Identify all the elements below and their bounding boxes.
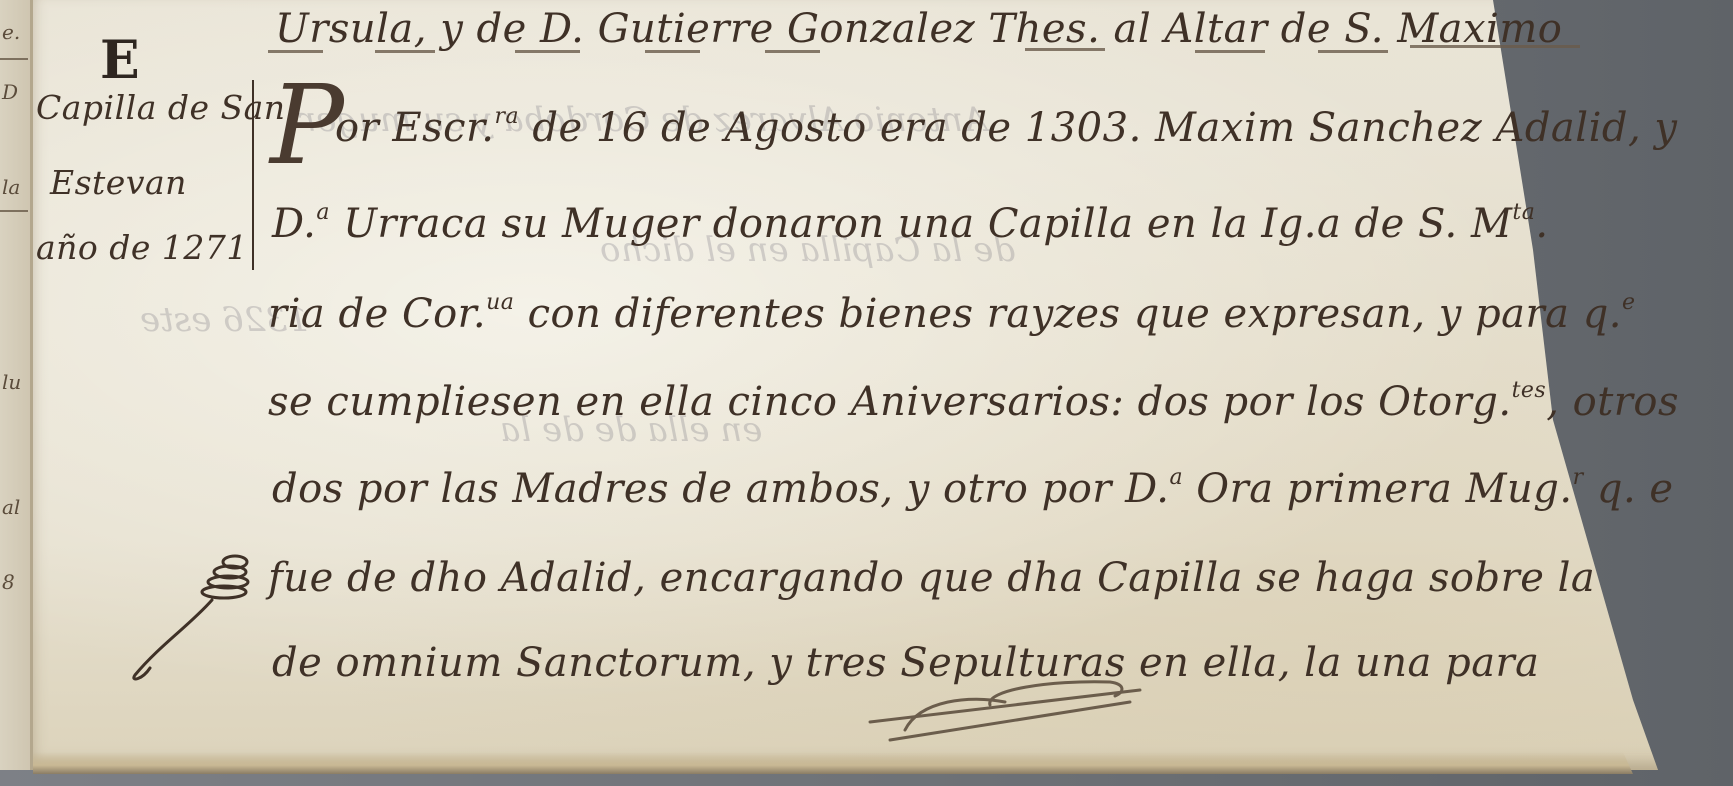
superscript-abbrev: a: [316, 200, 330, 225]
line-text: Ora primera Mug.: [1183, 466, 1573, 512]
line-text: se cumpliesen en ella cinco Aniversarios…: [268, 379, 1512, 425]
superscript-abbrev: ua: [486, 290, 514, 315]
underline-segment: [1025, 48, 1105, 51]
margin-note-line: Estevan: [50, 163, 187, 202]
closing-flourish-icon: [860, 670, 1160, 750]
body-line-3: ria de Cor.ua con diferentes bienes rayz…: [268, 290, 1636, 337]
prev-page-fragment: la: [2, 175, 20, 199]
line-text: q. e: [1584, 466, 1674, 512]
margin-note-line: Capilla de San: [36, 88, 286, 127]
prev-page-fragment: al: [2, 495, 20, 519]
superscript-abbrev: ra: [495, 104, 520, 129]
prev-page-fragment: e.: [2, 20, 20, 44]
underline-segment: [1195, 50, 1265, 53]
underline-segment: [645, 50, 700, 53]
body-line-6: fue de dho Adalid, encargando que dha Ca…: [268, 555, 1595, 601]
underline-segment: [515, 50, 580, 53]
prev-page-fragment: lu: [2, 370, 21, 394]
margin-note-line: año de 1271: [36, 228, 248, 267]
underline-segment: [765, 50, 820, 53]
margin-divider: [252, 80, 254, 270]
line-text: , otros: [1546, 379, 1679, 425]
body-line-2: D.a Urraca su Muger donaron una Capilla …: [272, 200, 1549, 247]
line-text: con diferentes bienes rayzes que expresa…: [514, 291, 1622, 337]
manicule-icon: [120, 540, 260, 690]
line-text: de 16 de Agosto era de 1303. Maxim Sanch…: [519, 105, 1677, 151]
body-line-5: dos por las Madres de ambos, y otro por …: [272, 465, 1674, 512]
line-text: Urraca su Muger donaron una Capilla en l…: [330, 201, 1512, 247]
prev-page-fragment: 8: [2, 570, 15, 594]
line-text: dos por las Madres de ambos, y otro por …: [272, 466, 1169, 512]
line-text: ria de Cor.: [268, 291, 486, 337]
prev-page-rule: [0, 58, 28, 60]
prev-page-rule: [0, 210, 28, 212]
section-letter: E: [100, 30, 140, 91]
previous-page-edge: e. D la lu al 8: [0, 0, 33, 770]
superscript-abbrev: ta: [1512, 200, 1535, 225]
body-line-1: or Escr.ra de 16 de Agosto era de 1303. …: [335, 104, 1678, 151]
superscript-abbrev: tes: [1512, 378, 1547, 403]
line-text: or Escr.: [335, 105, 495, 151]
decorated-initial: P: [270, 70, 344, 180]
superscript-abbrev: a: [1169, 465, 1183, 490]
underline-segment: [1318, 50, 1388, 53]
underline-segment: [375, 50, 435, 53]
underline-segment: [268, 50, 323, 53]
line-text: fue de dho Adalid, encargando que dha Ca…: [268, 555, 1595, 601]
superscript-abbrev: r: [1573, 465, 1584, 490]
prev-page-fragment: D: [2, 80, 18, 104]
underline-segment: [1410, 45, 1580, 48]
line-text: D.: [272, 201, 316, 247]
heading-text: Ursula, y de D. Gutierre Gonzalez Thes. …: [275, 6, 1562, 52]
page-stack-edge: [33, 752, 1633, 774]
superscript-abbrev: e: [1622, 290, 1636, 315]
body-line-4: se cumpliesen en ella cinco Aniversarios…: [268, 378, 1679, 425]
line-text: .: [1535, 201, 1548, 247]
